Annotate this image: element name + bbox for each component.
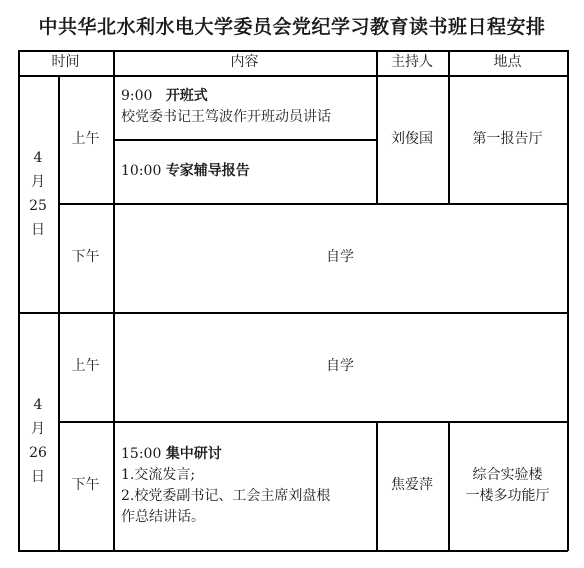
agenda-item-discussion: 15:00 集中研讨 1.交流发言; 2.校党委副书记、工会主席刘盘根 作总结讲…	[113, 421, 376, 550]
agenda-title: 专家辅导报告	[166, 163, 250, 179]
header-time: 时间	[18, 50, 113, 75]
date-month-char: 月	[31, 417, 45, 441]
period-morning: 上午	[58, 312, 113, 421]
date-day: 26	[29, 441, 47, 465]
date-day: 25	[29, 194, 47, 218]
date-month-char: 月	[31, 170, 45, 194]
agenda-time: 15:00	[121, 446, 161, 462]
agenda-time: 9:00	[121, 88, 152, 104]
date-cell-apr-26: 4 月 26 日	[18, 312, 58, 550]
period-afternoon: 下午	[58, 203, 113, 312]
date-month: 4	[34, 393, 43, 417]
location-cell: 综合实验楼 一楼多功能厅	[448, 421, 567, 550]
self-study-cell: 自学	[113, 312, 567, 421]
agenda-title: 集中研讨	[166, 446, 222, 462]
agenda-line: 作总结讲话。	[121, 507, 330, 528]
date-day-char: 日	[31, 218, 45, 242]
header-host: 主持人	[376, 50, 448, 75]
host-cell: 刘俊国	[376, 75, 448, 203]
location-line: 一楼多功能厅	[466, 486, 550, 507]
date-cell-apr-25: 4 月 25 日	[18, 75, 58, 312]
location-cell: 第一报告厅	[448, 75, 567, 203]
table-border-right	[567, 50, 569, 551]
date-month: 4	[34, 146, 43, 170]
agenda-detail: 校党委书记王笃波作开班动员讲话	[121, 107, 331, 128]
date-day-char: 日	[31, 465, 45, 489]
location-line: 综合实验楼	[466, 465, 550, 486]
table-border-bottom	[18, 550, 568, 552]
header-location: 地点	[448, 50, 567, 75]
agenda-item-lecture: 10:00 专家辅导报告	[113, 139, 376, 203]
page-title: 中共华北水利水电大学委员会党纪学习教育读书班日程安排	[0, 12, 584, 39]
host-cell: 焦爱萍	[376, 421, 448, 550]
agenda-title: 开班式	[166, 88, 208, 104]
agenda-line: 1.交流发言;	[121, 465, 330, 486]
period-morning: 上午	[58, 75, 113, 203]
period-afternoon: 下午	[58, 421, 113, 550]
header-content: 内容	[113, 50, 376, 75]
agenda-item-opening: 9:00 开班式 校党委书记王笃波作开班动员讲话	[113, 75, 376, 139]
agenda-time: 10:00	[121, 163, 161, 179]
agenda-line: 2.校党委副书记、工会主席刘盘根	[121, 486, 330, 507]
self-study-cell: 自学	[113, 203, 567, 312]
